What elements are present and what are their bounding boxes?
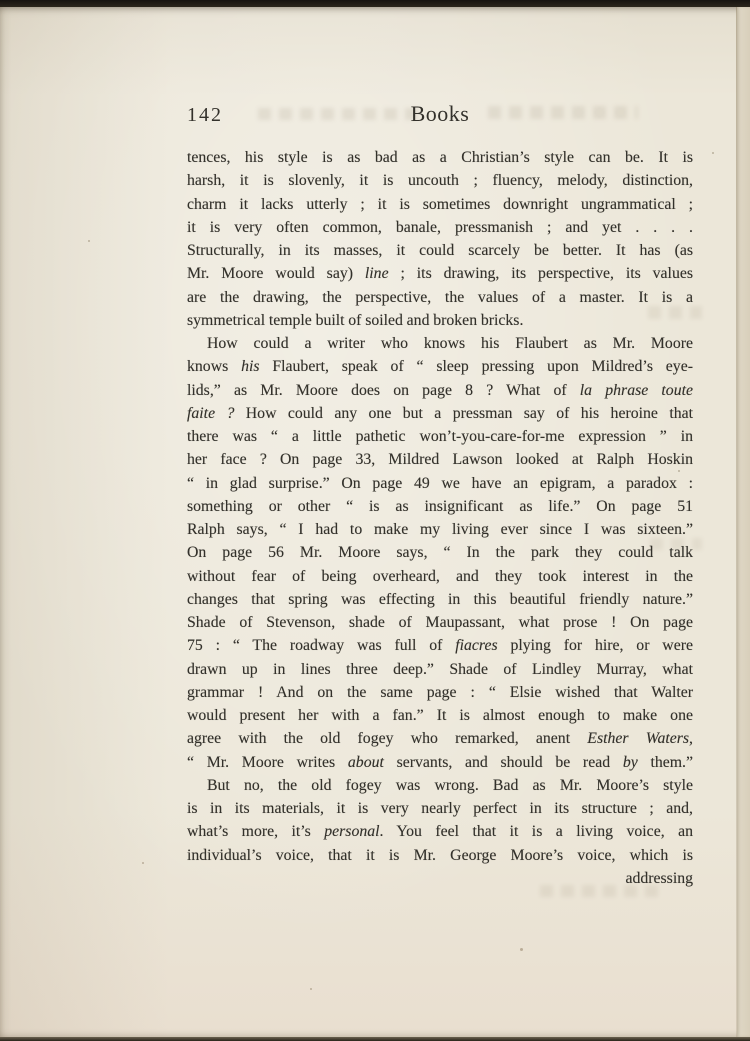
paper-speck: [520, 948, 523, 951]
text-line: harsh, it is slovenly, it is uncouth ; f…: [187, 169, 693, 192]
text-line: On page 56 Mr. Moore says, “ In the park…: [187, 541, 693, 564]
paper-speck: [712, 152, 714, 154]
text-line: grammar ! And on the same page : “ Elsie…: [187, 681, 693, 704]
text-line: agree with the old fogey who remarked, a…: [187, 727, 693, 750]
text-line: “ in glad surprise.” On page 49 we have …: [187, 472, 693, 495]
scan-top-edge: [0, 0, 750, 7]
text-line: it is very often common, banale, pressma…: [187, 216, 693, 239]
page-edge-seam: [736, 7, 737, 1037]
text-line: tences, his style is as bad as a Christi…: [187, 146, 693, 169]
text-line: Mr. Moore would say) line ; its drawing,…: [187, 262, 693, 285]
text-line: faite ? How could any one but a pressman…: [187, 402, 693, 425]
text-line: are the drawing, the perspective, the va…: [187, 286, 693, 309]
text-line: drawn up in lines three deep.” Shade of …: [187, 658, 693, 681]
text-line: changes that spring was effecting in thi…: [187, 588, 693, 611]
catchword: addressing: [187, 867, 693, 890]
text-line: How could a writer who knows his Flauber…: [187, 332, 693, 355]
text-line: But no, the old fogey was wrong. Bad as …: [187, 774, 693, 797]
paper-speck: [88, 240, 90, 242]
paper-speck: [310, 988, 312, 990]
text-line: would present her with a fan.” It is alm…: [187, 704, 693, 727]
text-line: what’s more, it’s personal. You feel tha…: [187, 820, 693, 843]
paper-speck: [142, 862, 144, 864]
running-title: Books: [187, 101, 693, 127]
text-line: “ Mr. Moore writes about servants, and s…: [187, 751, 693, 774]
text-line: without fear of being overheard, and the…: [187, 565, 693, 588]
text-line: there was “ a little pathetic won’t-you-…: [187, 425, 693, 448]
text-line: something or other “ is as insignificant…: [187, 495, 693, 518]
text-block: tences, his style is as bad as a Christi…: [187, 146, 693, 890]
text-line: is in its materials, it is very nearly p…: [187, 797, 693, 820]
text-line: knows his Flaubert, speak of “ sleep pre…: [187, 355, 693, 378]
page-header: 142 Books: [187, 101, 693, 129]
page-edge-strip: [737, 7, 750, 1037]
scanned-book-page: 142 Books tences, his style is as bad as…: [0, 0, 750, 1041]
text-line: Shade of Stevenson, shade of Maupassant,…: [187, 611, 693, 634]
text-line: Structurally, in its masses, it could sc…: [187, 239, 693, 262]
text-line: individual’s voice, that it is Mr. Georg…: [187, 844, 693, 867]
text-line: 75 : “ The roadway was full of fiacres p…: [187, 634, 693, 657]
text-line: lids,” as Mr. Moore does on page 8 ? Wha…: [187, 379, 693, 402]
text-line: charm it lacks utterly ; it is sometimes…: [187, 193, 693, 216]
text-line: her face ? On page 33, Mildred Lawson lo…: [187, 448, 693, 471]
scan-bottom-edge: [0, 1037, 750, 1041]
text-line: Ralph says, “ I had to make my living ev…: [187, 518, 693, 541]
text-line: symmetrical temple built of soiled and b…: [187, 309, 693, 332]
